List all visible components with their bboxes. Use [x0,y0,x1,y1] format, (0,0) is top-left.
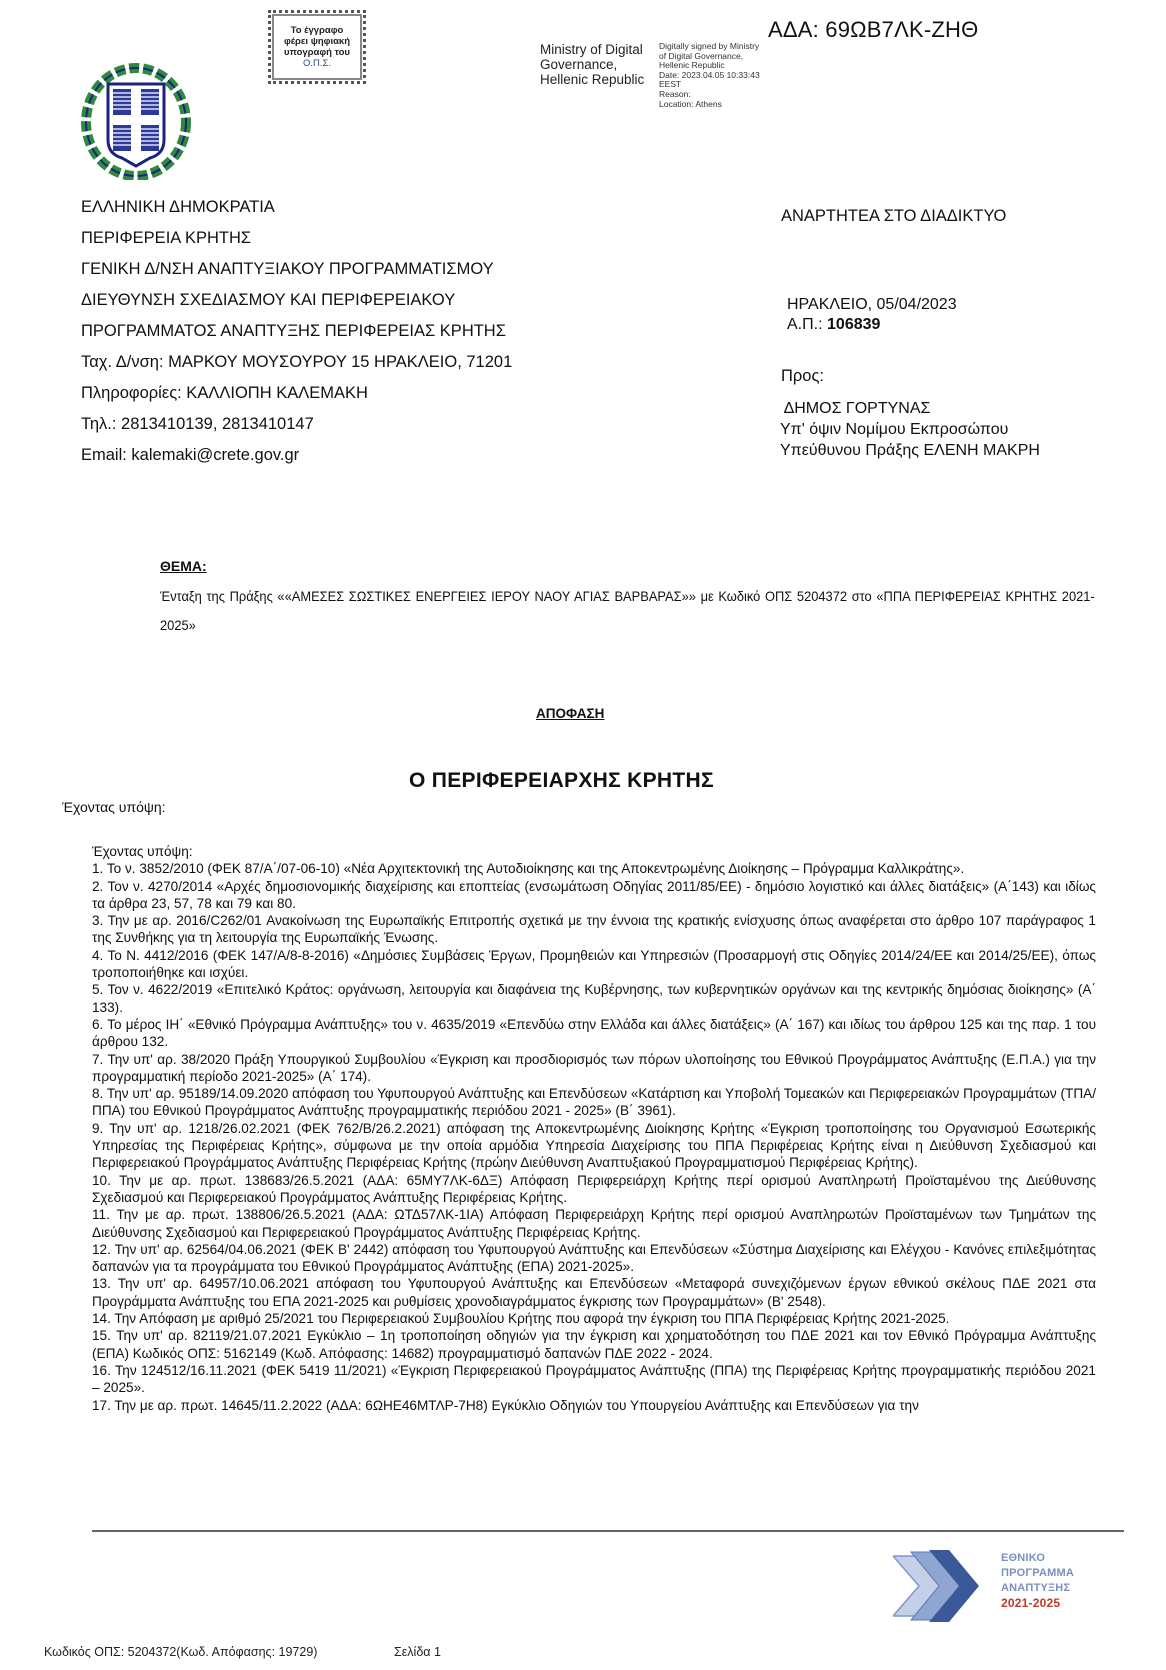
consideration-item: 10. Την με αρ. πρωτ. 138683/26.5.2021 (Α… [92,1172,1096,1207]
ada-code: ΑΔΑ: 69ΩΒ7ΛΚ-ΖΗΘ [768,17,978,43]
recipient-block: ΔΗΜΟΣ ΓΟΡΤΥΝΑΣ Υπ' όψιν Νομίμου Εκπροσώπ… [780,398,1040,461]
consideration-item: 15. Την υπ' αρ. 82119/21.07.2021 Εγκύκλι… [92,1327,1096,1362]
consideration-item: 5. Τον ν. 4622/2019 «Επιτελικό Κράτος: ο… [92,981,1096,1016]
issuer-line: ΓΕΝΙΚΗ Δ/ΝΣΗ ΑΝΑΠΤΥΞΙΑΚΟΥ ΠΡΟΓΡΑΜΜΑΤΙΣΜΟ… [81,254,512,285]
signature-detail-line: Location: Athens [659,100,760,110]
ndp-years: 2021-2025 [1001,1596,1074,1611]
protocol-number-line: Α.Π.: 106839 [787,315,957,335]
national-development-program-logo-icon [893,1546,993,1626]
issuer-line: ΠΡΟΓΡΑΜΜΑΤΟΣ ΑΝΑΠΤΥΞΗΣ ΠΕΡΙΦΕΡΕΙΑΣ ΚΡΗΤΗ… [81,316,512,347]
ndp-line: ΠΡΟΓΡΑΜΜΑ [1001,1566,1074,1581]
ndp-line: ΑΝΑΠΤΥΞΗΣ [1001,1581,1074,1596]
consideration-item: 2. Τον ν. 4270/2014 «Αρχές δημοσιονομική… [92,878,1096,913]
consideration-item: 14. Την Απόφαση με αριθμό 25/2021 του Πε… [92,1310,1096,1327]
subject-label: ΘΕΜΑ: [160,558,207,574]
consideration-item: 4. Το Ν. 4412/2016 (ΦΕΚ 147/Α/8-8-2016) … [92,947,1096,982]
post-online-notice: ΑΝΑΡΤΗΤΕΑ ΣΤΟ ΔΙΑΔΙΚΤΥΟ [781,207,1006,226]
issuer-email[interactable]: Email: kalemaki@crete.gov.gr [81,440,512,471]
issuer-address: Ταχ. Δ/νση: ΜΑΡΚΟΥ ΜΟΥΣΟΥΡΟΥ 15 ΗΡΑΚΛΕΙΟ… [81,347,512,378]
ndp-line: ΕΘΝΙΚΟ [1001,1551,1074,1566]
stamp-line: υπογραφή του [284,47,350,58]
digital-signature-stamp: Το έγγραφο φέρει ψηφιακή υπογραφή του Ο.… [268,10,366,84]
consideration-item: 13. Την υπ' αρ. 64957/10.06.2021 απόφαση… [92,1275,1096,1310]
greek-coat-of-arms-icon [80,62,192,180]
consideration-item: 11. Την με αρ. πρωτ. 138806/26.5.2021 (Α… [92,1206,1096,1241]
signer-line: Ministry of Digital [540,42,644,57]
consideration-item: 12. Την υπ' αρ. 62564/04.06.2021 (ΦΕΚ Β'… [92,1241,1096,1276]
decision-label: ΑΠΟΦΑΣΗ [536,706,604,721]
issuer-block: ΕΛΛΗΝΙΚΗ ΔΗΜΟΚΡΑΤΙΑ ΠΕΡΙΦΕΡΕΙΑ ΚΡΗΤΗΣ ΓΕ… [81,192,512,471]
issuer-line: ΕΛΛΗΝΙΚΗ ΔΗΜΟΚΡΑΤΙΑ [81,192,512,223]
consideration-item: 9. Την υπ' αρ. 1218/26.02.2021 (ΦΕΚ 762/… [92,1120,1096,1172]
consideration-item: 1. Το ν. 3852/2010 (ΦΕΚ 87/Α΄/07-06-10) … [92,860,1096,877]
footer-ops-code: Κωδικός ΟΠΣ: 5204372(Κωδ. Απόφασης: 1972… [44,1645,317,1659]
issuer-phone: Τηλ.: 2813410139, 2813410147 [81,409,512,440]
protocol-number: 106839 [827,316,880,333]
decision-authority: Ο ΠΕΡΙΦΕΡΕΙΑΡΧΗΣ ΚΡΗΤΗΣ [409,769,714,793]
page-number: Σελίδα 1 [394,1645,441,1659]
consideration-item: 7. Την υπ' αρ. 38/2020 Πράξη Υπουργικού … [92,1051,1096,1086]
signature-details: Digitally signed by Ministry of Digital … [659,42,760,109]
signer-line: Governance, [540,57,644,72]
issuer-line: ΠΕΡΙΦΕΡΕΙΑ ΚΡΗΤΗΣ [81,223,512,254]
consideration-item: 16. Την 124512/16.11.2021 (ΦΕΚ 5419 11/2… [92,1362,1096,1397]
recipient-line: Υπεύθυνου Πράξης ΕΛΕΝΗ ΜΑΚΡΗ [780,440,1040,461]
consideration-item: 6. Το μέρος ΙΗ΄ «Εθνικό Πρόγραμμα Ανάπτυ… [92,1016,1096,1051]
considerations-list: Έχοντας υπόψη: 1. Το ν. 3852/2010 (ΦΕΚ 8… [92,843,1096,1414]
consideration-item: 3. Την με αρ. 2016/C262/01 Ανακοίνωση τη… [92,912,1096,947]
subject-text: Ένταξη της Πράξης ««ΑΜΕΣΕΣ ΣΩΣΤΙΚΕΣ ΕΝΕΡ… [160,582,1095,640]
protocol-label: Α.Π.: [787,316,827,333]
consideration-item: 17. Την με αρ. πρωτ. 14645/11.2.2022 (ΑΔ… [92,1397,1096,1414]
issuer-line: ΔΙΕΥΘΥΝΣΗ ΣΧΕΔΙΑΣΜΟΥ ΚΑΙ ΠΕΡΙΦΕΡΕΙΑΚΟΥ [81,285,512,316]
stamp-line: φέρει ψηφιακή [284,36,350,47]
stamp-line: Το έγγραφο [291,25,344,36]
recipient-label: Προς: [781,367,824,386]
signature-signer: Ministry of Digital Governance, Hellenic… [540,42,644,87]
consideration-item: 8. Την υπ' αρ. 95189/14.09.2020 απόφαση … [92,1085,1096,1120]
recipient-line: ΔΗΜΟΣ ΓΟΡΤΥΝΑΣ [780,398,1040,419]
having-regard-side-label: Έχοντας υπόψη: [62,799,166,815]
place-date: ΗΡΑΚΛΕΙΟ, 05/04/2023 [787,295,957,315]
issuer-contact: Πληροφορίες: ΚΑΛΛΙΟΠΗ ΚΑΛΕΜΑΚΗ [81,378,512,409]
having-regard-label: Έχοντας υπόψη: [92,843,1096,860]
recipient-line: Υπ' όψιν Νομίμου Εκπροσώπου [780,419,1040,440]
place-date-block: ΗΡΑΚΛΕΙΟ, 05/04/2023 Α.Π.: 106839 [787,295,957,335]
ndp-logo-text: ΕΘΝΙΚΟ ΠΡΟΓΡΑΜΜΑ ΑΝΑΠΤΥΞΗΣ 2021-2025 [1001,1551,1074,1611]
footer-divider [92,1530,1124,1532]
stamp-line: Ο.Π.Σ. [303,58,331,69]
signer-line: Hellenic Republic [540,72,644,87]
